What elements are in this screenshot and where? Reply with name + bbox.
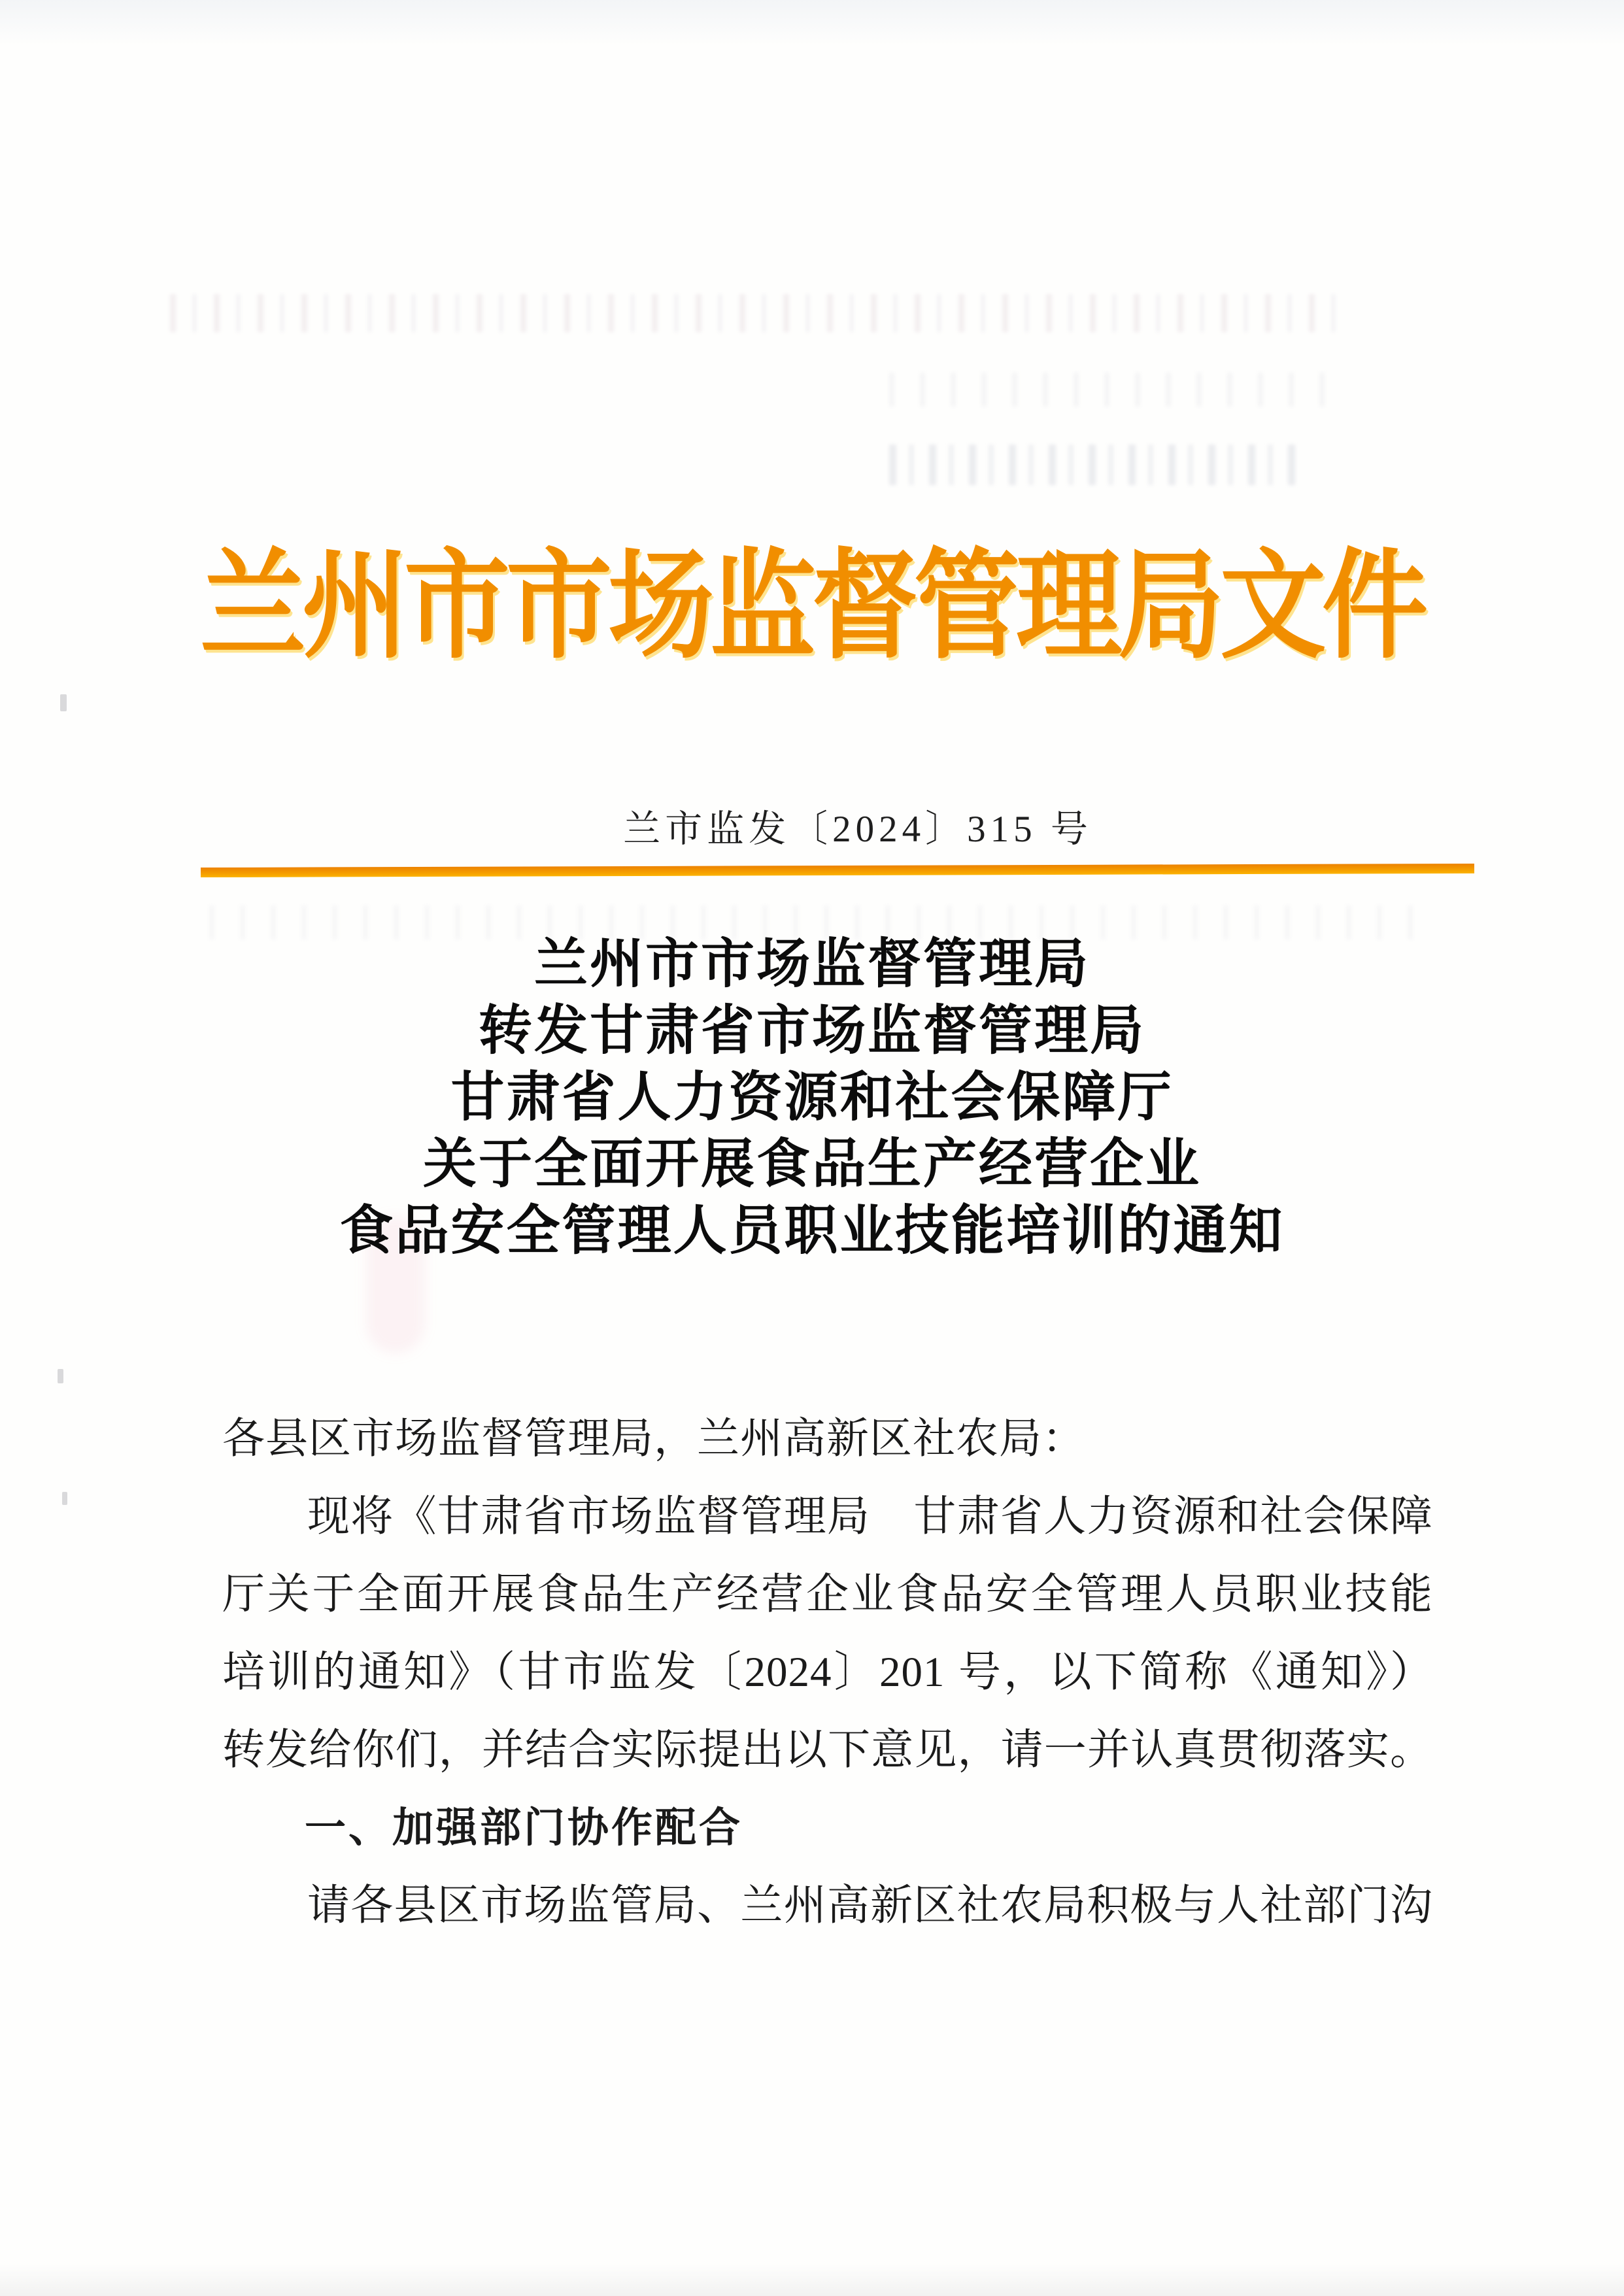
scan-speck	[60, 694, 67, 711]
body-line: 请各县区市场监管局、兰州高新区社农局积极与人社部门沟	[222, 1867, 1433, 1945]
body-line: 培训的通知》（甘市监发〔2024〕201 号，以下简称《通知》）	[222, 1634, 1433, 1712]
bleed-through-ghost-row	[170, 294, 1347, 332]
bleed-through-ghost-row	[889, 373, 1347, 407]
letterhead-title: 兰州市市场监督管理局文件	[0, 511, 1624, 681]
body-text: 各县区市场监督管理局，兰州高新区社农局：现将《甘肃省市场监督管理局 甘肃省人力资…	[222, 1400, 1433, 1945]
doc-title-line: 转发甘肃省市场监督管理局	[0, 998, 1624, 1064]
scan-speck	[62, 1492, 67, 1505]
body-section-heading: 一、加强部门协作配合	[222, 1789, 1433, 1867]
body-line: 厅关于全面开展食品生产经营企业食品安全管理人员职业技能	[222, 1556, 1433, 1634]
bleed-through-ghost-row	[889, 445, 1301, 485]
doc-title-line: 食品安全管理人员职业技能培训的通知	[0, 1198, 1624, 1264]
body-line: 各县区市场监督管理局，兰州高新区社农局：	[222, 1400, 1433, 1478]
scan-shade-top	[0, 0, 1624, 46]
separator-rule	[201, 864, 1474, 877]
doc-title-line: 兰州市市场监督管理局	[0, 931, 1624, 998]
doc-number: 兰市监发〔2024〕315 号	[46, 799, 1624, 853]
doc-title-line: 关于全面开展食品生产经营企业	[0, 1131, 1624, 1198]
body-line: 转发给你们，并结合实际提出以下意见，请一并认真贯彻落实。	[222, 1712, 1433, 1789]
scan-speck	[58, 1369, 63, 1383]
doc-title-block: 兰州市市场监督管理局转发甘肃省市场监督管理局甘肃省人力资源和社会保障厅关于全面开…	[0, 931, 1624, 1264]
scan-shade-bottom	[0, 2263, 1624, 2296]
doc-title-line: 甘肃省人力资源和社会保障厅	[0, 1064, 1624, 1131]
scanned-document-page: 兰州市市场监督管理局文件 兰市监发〔2024〕315 号 兰州市市场监督管理局转…	[0, 0, 1624, 2296]
body-line: 现将《甘肃省市场监督管理局 甘肃省人力资源和社会保障	[222, 1478, 1433, 1556]
